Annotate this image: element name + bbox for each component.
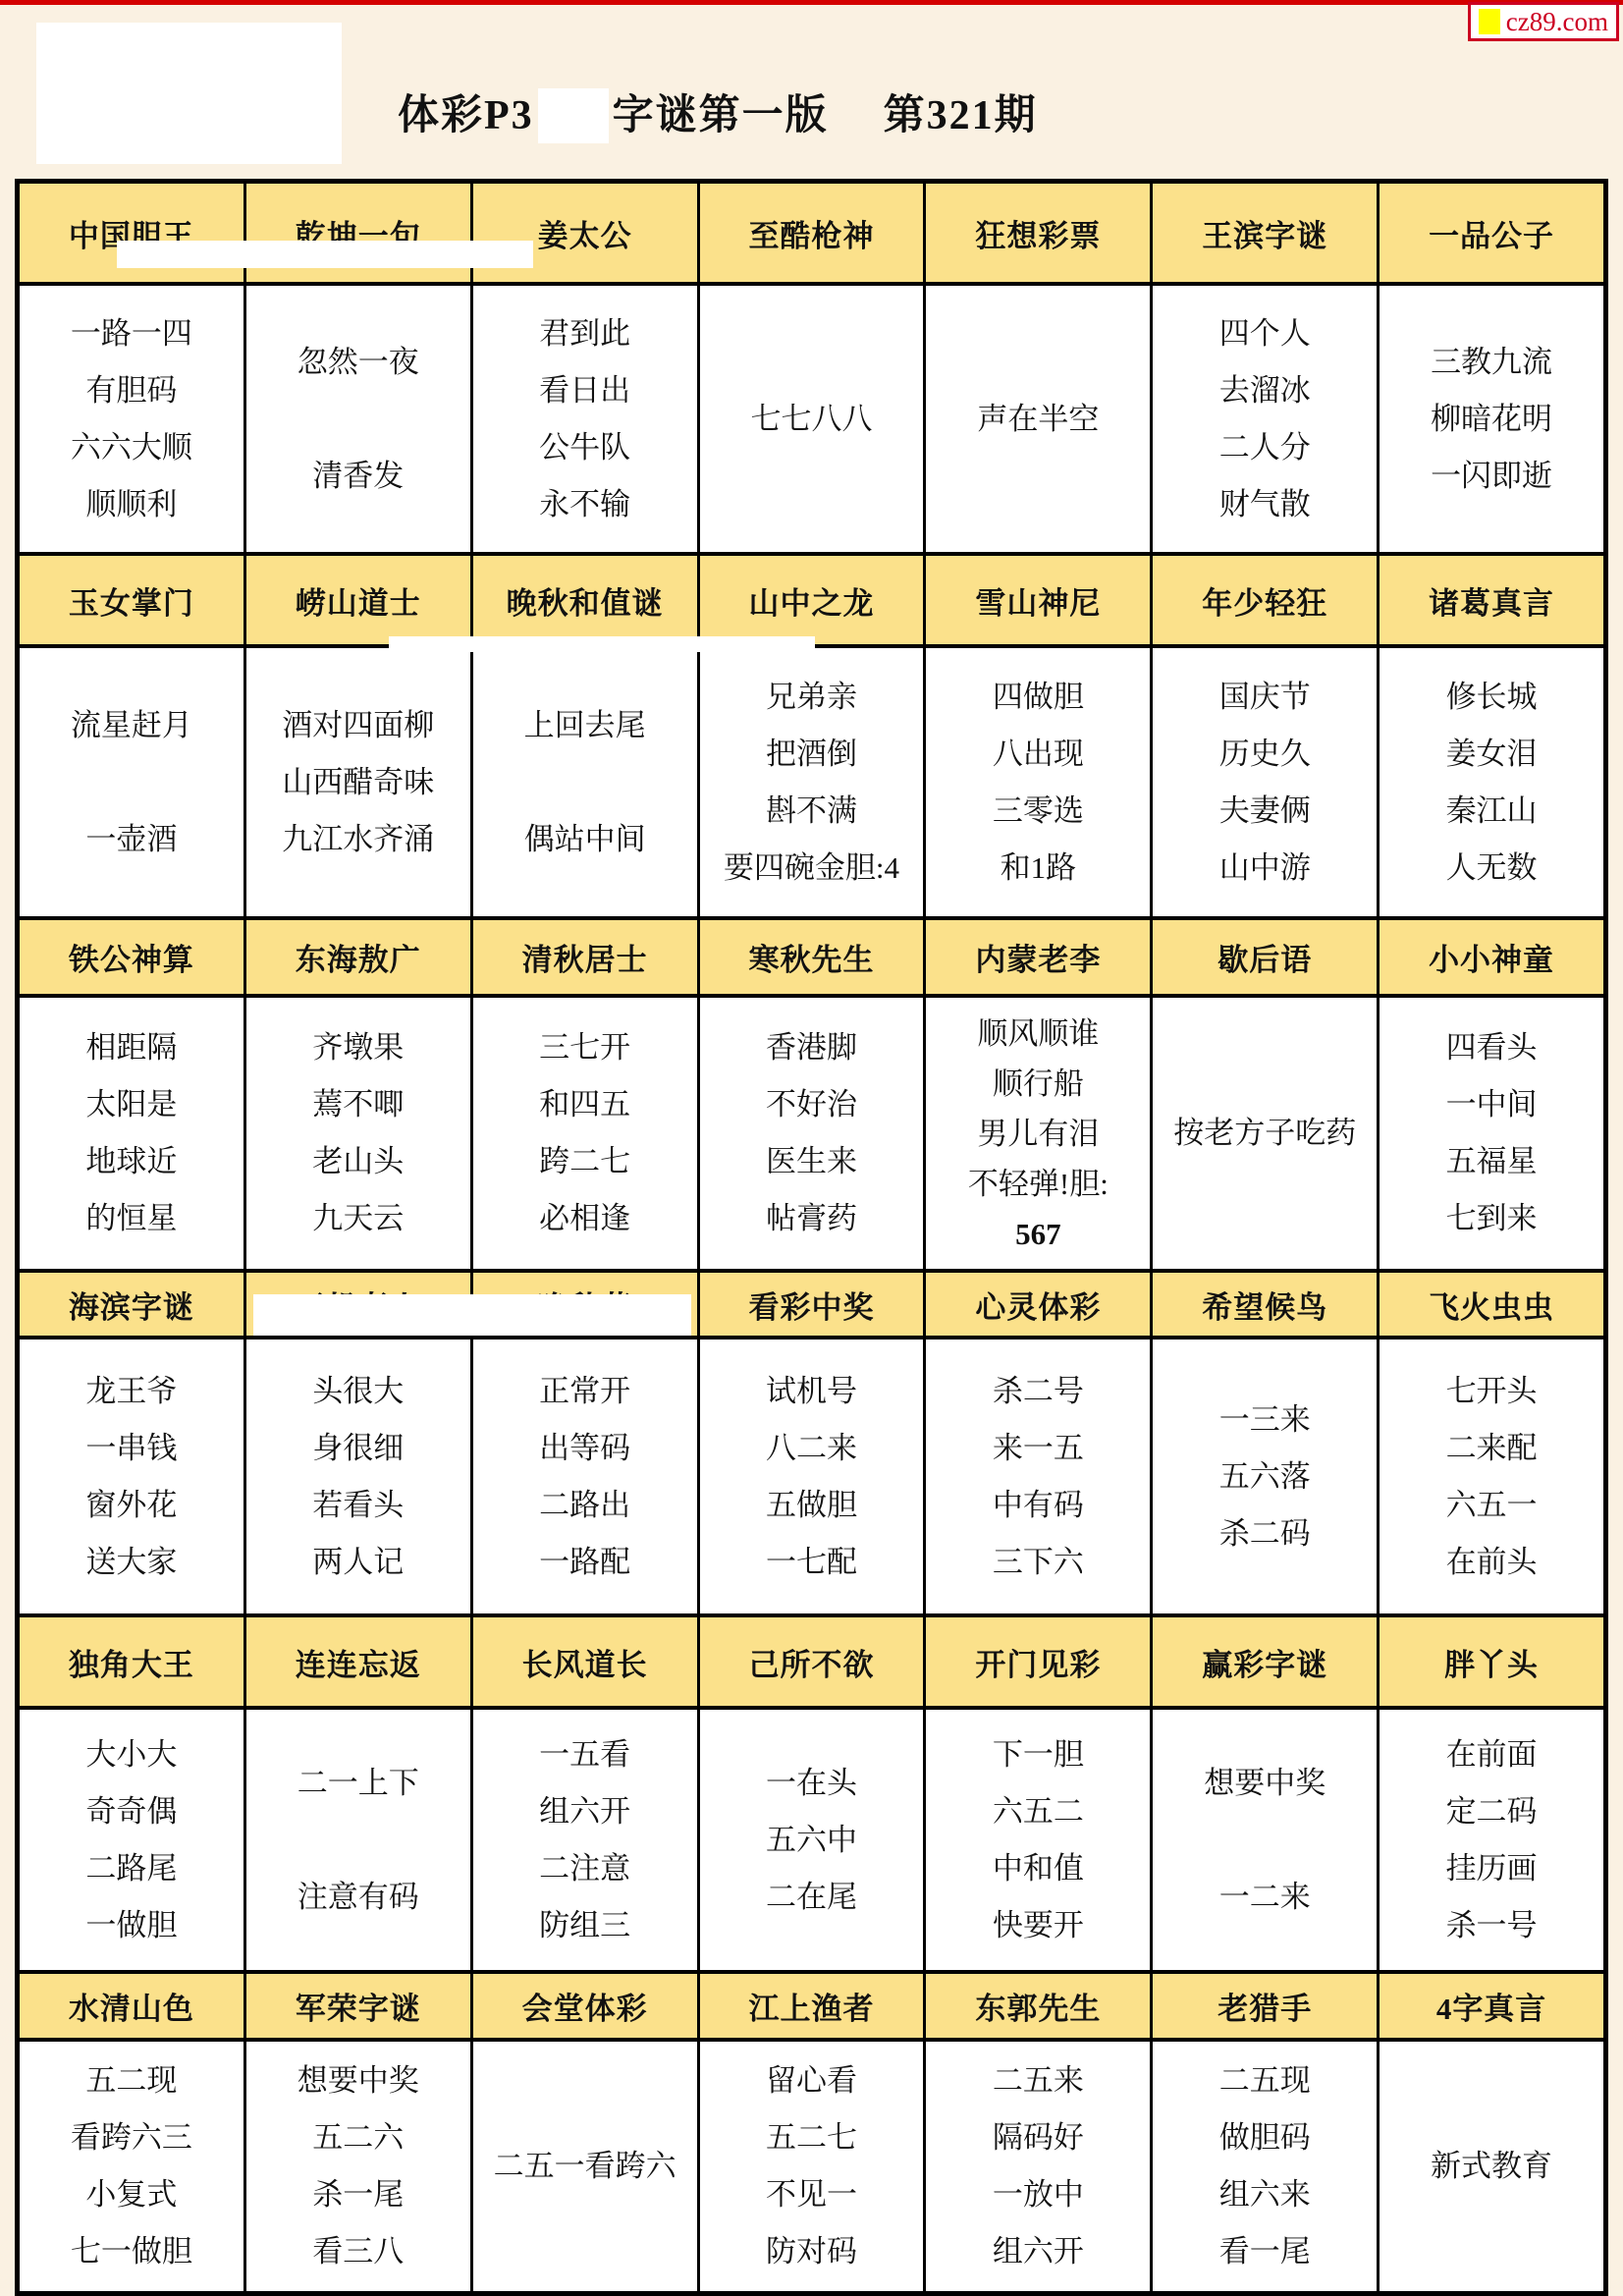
clue-line: 酒对四面柳 xyxy=(282,697,434,754)
title-part-3: 第321期 xyxy=(884,89,1038,142)
clue-line: 注意有码 xyxy=(298,1869,419,1926)
author-header: 老猎手 xyxy=(1153,1974,1377,2038)
author-header: 独角大王 xyxy=(20,1617,243,1706)
clue-line: 顺行船 xyxy=(993,1059,1084,1109)
clue-line: 一壶酒 xyxy=(85,811,177,868)
clue-cell: 二五一看跨六 xyxy=(473,2042,697,2291)
clue-line: 相距隔 xyxy=(85,1019,177,1076)
clue-line: 中和值 xyxy=(993,1840,1084,1897)
clue-cell: 上回去尾偶站中间 xyxy=(473,648,697,916)
clue-line: 来一五 xyxy=(993,1420,1084,1477)
clue-line: 防对码 xyxy=(766,2223,857,2280)
author-header: 小小神童 xyxy=(1380,920,1603,994)
clue-line: 想要中奖 xyxy=(1204,1755,1325,1812)
author-header: 看彩中奖 xyxy=(700,1273,924,1336)
clue-cell: 正常开出等码二路出一路配 xyxy=(473,1339,697,1613)
clue-line: 帖膏药 xyxy=(766,1190,857,1247)
clue-line: 去溜冰 xyxy=(1219,362,1311,419)
clue-line: 看一尾 xyxy=(1219,2223,1311,2280)
clue-line: 声在半空 xyxy=(977,391,1099,448)
clue-line: 一二来 xyxy=(1219,1869,1311,1926)
clue-line: 头很大 xyxy=(312,1363,404,1420)
clue-cell: 四个人去溜冰二人分财气散 xyxy=(1153,286,1377,552)
page-title: 体彩P3 字谜第一版 第321期 xyxy=(398,88,1038,143)
clue-line: 一五看 xyxy=(539,1726,630,1783)
clue-line: 医生来 xyxy=(766,1133,857,1190)
clue-line: 姜女泪 xyxy=(1446,726,1538,783)
clue-line: 六五二 xyxy=(993,1783,1084,1840)
author-header: 海滨字谜 xyxy=(20,1273,243,1336)
watermark-box: cz89.com xyxy=(1468,2,1619,41)
clue-line: 人无数 xyxy=(1446,840,1538,897)
clue-cell: 流星赶月一壶酒 xyxy=(20,648,243,916)
puzzle-table: 中国胆王乾坤一句姜太公至酷枪神狂想彩票王滨字谜一品公子一路一四有胆码六六大顺顺顺… xyxy=(15,179,1608,2296)
clue-line: 不轻弹!胆: xyxy=(968,1159,1109,1209)
author-header: 军荣字谜 xyxy=(246,1974,470,2038)
author-header: 江上渔者 xyxy=(700,1974,924,2038)
clue-line: 二五来 xyxy=(993,2052,1084,2109)
author-header: 飞火虫虫 xyxy=(1380,1273,1603,1336)
redaction-box-top-left xyxy=(36,23,342,164)
clue-line: 隔码好 xyxy=(993,2109,1084,2166)
clue-line: 上回去尾 xyxy=(524,697,646,754)
clue-line: 一做胆 xyxy=(85,1897,177,1954)
clue-line: 六六大顺 xyxy=(71,419,192,476)
clue-line: 杀一尾 xyxy=(312,2166,404,2223)
author-header: 会堂体彩 xyxy=(473,1974,697,2038)
clue-line: 七七八八 xyxy=(750,391,872,448)
clue-line: 地球近 xyxy=(85,1133,177,1190)
clue-line: 偶站中间 xyxy=(524,811,646,868)
clue-line: 留心看 xyxy=(766,2052,857,2109)
clue-line: 要四碗金胆:4 xyxy=(724,840,899,897)
clue-line: 定二码 xyxy=(1446,1783,1538,1840)
clue-cell: 七开头二来配六五一在前头 xyxy=(1380,1339,1603,1613)
clue-line: 五做胆 xyxy=(766,1477,857,1534)
clue-line: 顺风顺谁 xyxy=(977,1009,1099,1059)
clue-line: 一三来 xyxy=(1219,1392,1311,1449)
clue-line: 夫妻俩 xyxy=(1219,783,1311,840)
clue-line: 杀一号 xyxy=(1446,1897,1538,1954)
clue-line: 柳暗花明 xyxy=(1431,391,1552,448)
clue-cell: 杀二号来一五中有码三下六 xyxy=(926,1339,1150,1613)
clue-line: 君到此 xyxy=(539,305,630,362)
clue-line: 看跨六三 xyxy=(71,2109,192,2166)
author-header: 晚秋和值谜 xyxy=(473,556,697,644)
clue-line: 不见一 xyxy=(766,2166,857,2223)
clue-line: 六五一 xyxy=(1446,1477,1538,1534)
author-header: 诸葛真言 xyxy=(1380,556,1603,644)
title-part-1: 体彩P3 xyxy=(398,89,534,142)
clue-cell: 香港脚不好治医生来帖膏药 xyxy=(700,998,924,1269)
clue-line: 做胆码 xyxy=(1219,2109,1311,2166)
author-header: 水清山色 xyxy=(20,1974,243,2038)
clue-line: 不好治 xyxy=(766,1076,857,1133)
author-header: 雪山神尼 xyxy=(926,556,1150,644)
clue-line: 忽然一夜 xyxy=(298,334,419,391)
clue-cell: 下一胆六五二中和值快要开 xyxy=(926,1710,1150,1970)
clue-line: 九江水齐涌 xyxy=(282,811,434,868)
clue-line: 看三八 xyxy=(312,2223,404,2280)
clue-cell: 四看头一中间五福星七到来 xyxy=(1380,998,1603,1269)
clue-cell: 酒对四面柳山西醋奇味九江水齐涌 xyxy=(246,648,470,916)
clue-line: 和1路 xyxy=(1001,840,1077,897)
clue-line: 一串钱 xyxy=(85,1420,177,1477)
clue-line: 七到来 xyxy=(1446,1190,1538,1247)
clue-line: 男儿有泪 xyxy=(977,1109,1099,1159)
clue-line: 看日出 xyxy=(539,362,630,419)
clue-line: 若看头 xyxy=(312,1477,404,1534)
clue-cell: 相距隔太阳是地球近的恒星 xyxy=(20,998,243,1269)
clue-cell: 忽然一夜清香发 xyxy=(246,286,470,552)
clue-line: 和四五 xyxy=(539,1076,630,1133)
clue-line: 三七开 xyxy=(539,1019,630,1076)
clue-cell: 一五看组六开二注意防组三 xyxy=(473,1710,697,1970)
clue-cell: 二五现做胆码组六来看一尾 xyxy=(1153,2042,1377,2291)
clue-line: 山中游 xyxy=(1219,840,1311,897)
clue-line: 五福星 xyxy=(1446,1133,1538,1190)
author-header: 狂想彩票 xyxy=(926,184,1150,282)
clue-line: 三教九流 xyxy=(1431,334,1552,391)
clue-line: 一路配 xyxy=(539,1534,630,1591)
clue-line: 在前头 xyxy=(1446,1534,1538,1591)
clue-cell: 修长城姜女泪秦江山人无数 xyxy=(1380,648,1603,916)
author-header: 铁公神算 xyxy=(20,920,243,994)
clue-cell: 想要中奖五二六杀一尾看三八 xyxy=(246,2042,470,2291)
clue-line: 的恒星 xyxy=(85,1190,177,1247)
clue-cell: 按老方子吃药 xyxy=(1153,998,1377,1269)
author-header: 歇后语 xyxy=(1153,920,1377,994)
clue-line: 蔫不唧 xyxy=(312,1076,404,1133)
author-header: 希望候鸟 xyxy=(1153,1273,1377,1336)
redaction-box-row1-headers xyxy=(117,241,533,268)
clue-line: 财气散 xyxy=(1219,476,1311,533)
author-header: 己所不欲 xyxy=(700,1617,924,1706)
clue-line: 窗外花 xyxy=(85,1477,177,1534)
author-header: 山中之龙 xyxy=(700,556,924,644)
clue-line: 防组三 xyxy=(539,1897,630,1954)
clue-line: 二路出 xyxy=(539,1477,630,1534)
clue-line: 二五一看跨六 xyxy=(494,2138,676,2195)
clue-line: 三零选 xyxy=(993,783,1084,840)
clue-line: 斟不满 xyxy=(766,783,857,840)
clue-line: 按老方子吃药 xyxy=(1173,1105,1356,1162)
author-header: 至酷枪神 xyxy=(700,184,924,282)
clue-cell: 大小大奇奇偶二路尾一做胆 xyxy=(20,1710,243,1970)
author-header: 清秋居士 xyxy=(473,920,697,994)
clue-line: 二注意 xyxy=(539,1840,630,1897)
clue-line: 二在尾 xyxy=(766,1869,857,1926)
clue-line: 五二现 xyxy=(85,2052,177,2109)
clue-line: 龙王爷 xyxy=(85,1363,177,1420)
redaction-box-row4-headers xyxy=(253,1294,691,1336)
clue-line: 顺顺利 xyxy=(85,476,177,533)
clue-cell: 七七八八 xyxy=(700,286,924,552)
author-header: 赢彩字谜 xyxy=(1153,1617,1377,1706)
clue-line: 五六中 xyxy=(766,1812,857,1869)
author-header: 东郭先生 xyxy=(926,1974,1150,2038)
clue-line: 太阳是 xyxy=(85,1076,177,1133)
clue-line: 七一做胆 xyxy=(71,2223,192,2280)
clue-line: 杀二码 xyxy=(1219,1505,1311,1562)
clue-line: 历史久 xyxy=(1219,726,1311,783)
clue-cell: 一路一四有胆码六六大顺顺顺利 xyxy=(20,286,243,552)
clue-line: 新式教育 xyxy=(1431,2138,1552,2195)
title-whiteout-box xyxy=(538,88,609,143)
clue-cell: 头很大身很细若看头两人记 xyxy=(246,1339,470,1613)
clue-line: 身很细 xyxy=(312,1420,404,1477)
clue-line: 八出现 xyxy=(993,726,1084,783)
clue-line: 二一上下 xyxy=(298,1755,419,1812)
clue-cell: 三七开和四五跨二七必相逢 xyxy=(473,998,697,1269)
clue-line: 在前面 xyxy=(1446,1726,1538,1783)
author-header: 开门见彩 xyxy=(926,1617,1150,1706)
clue-line: 把酒倒 xyxy=(766,726,857,783)
clue-line: 下一胆 xyxy=(993,1726,1084,1783)
clue-line: 二来配 xyxy=(1446,1420,1538,1477)
clue-line: 齐墩果 xyxy=(312,1019,404,1076)
title-part-2: 字谜第一版 xyxy=(613,89,829,142)
clue-line: 567 xyxy=(1015,1209,1061,1259)
clue-cell: 想要中奖一二来 xyxy=(1153,1710,1377,1970)
clue-cell: 齐墩果蔫不唧老山头九天云 xyxy=(246,998,470,1269)
clue-cell: 顺风顺谁顺行船男儿有泪不轻弹!胆:567 xyxy=(926,998,1150,1269)
clue-cell: 国庆节历史久夫妻俩山中游 xyxy=(1153,648,1377,916)
clue-cell: 一三来五六落杀二码 xyxy=(1153,1339,1377,1613)
clue-line: 跨二七 xyxy=(539,1133,630,1190)
author-header: 王滨字谜 xyxy=(1153,184,1377,282)
clue-cell: 新式教育 xyxy=(1380,2042,1603,2291)
clue-line: 有胆码 xyxy=(85,362,177,419)
clue-line: 大小大 xyxy=(85,1726,177,1783)
lottery-riddle-sheet: cz89.com 体彩P3 字谜第一版 第321期 中国胆王乾坤一句姜太公至酷枪… xyxy=(0,0,1623,2296)
clue-line: 四个人 xyxy=(1219,305,1311,362)
clue-line: 流星赶月 xyxy=(71,697,192,754)
clue-line: 八二来 xyxy=(766,1420,857,1477)
clue-line: 秦江山 xyxy=(1446,783,1538,840)
clue-line: 奇奇偶 xyxy=(85,1783,177,1840)
redaction-box-row2-strip xyxy=(389,636,815,652)
clue-line: 修长城 xyxy=(1446,669,1538,726)
clue-line: 组六开 xyxy=(539,1783,630,1840)
clue-line: 国庆节 xyxy=(1219,669,1311,726)
author-header: 4字真言 xyxy=(1380,1974,1603,2038)
clue-cell: 声在半空 xyxy=(926,286,1150,552)
clue-line: 杀二号 xyxy=(993,1363,1084,1420)
clue-line: 二路尾 xyxy=(85,1840,177,1897)
clue-cell: 四做胆八出现三零选和1路 xyxy=(926,648,1150,916)
clue-line: 公牛队 xyxy=(539,419,630,476)
author-header: 玉女掌门 xyxy=(20,556,243,644)
clue-line: 香港脚 xyxy=(766,1019,857,1076)
clue-cell: 二五来隔码好一放中组六开 xyxy=(926,2042,1150,2291)
clue-line: 五二七 xyxy=(766,2109,857,2166)
clue-line: 出等码 xyxy=(539,1420,630,1477)
clue-line: 一闪即逝 xyxy=(1431,448,1552,505)
clue-cell: 二一上下注意有码 xyxy=(246,1710,470,1970)
clue-cell: 龙王爷一串钱窗外花送大家 xyxy=(20,1339,243,1613)
author-header: 一品公子 xyxy=(1380,184,1603,282)
author-header: 东海敖广 xyxy=(246,920,470,994)
clue-line: 试机号 xyxy=(766,1363,857,1420)
clue-line: 小复式 xyxy=(85,2166,177,2223)
clue-cell: 君到此看日出公牛队永不输 xyxy=(473,286,697,552)
clue-cell: 留心看五二七不见一防对码 xyxy=(700,2042,924,2291)
clue-line: 组六来 xyxy=(1219,2166,1311,2223)
clue-line: 一七配 xyxy=(766,1534,857,1591)
watermark-text: cz89.com xyxy=(1506,5,1608,38)
clue-line: 兄弟亲 xyxy=(766,669,857,726)
clue-line: 四做胆 xyxy=(993,669,1084,726)
author-header: 年少轻狂 xyxy=(1153,556,1377,644)
watermark-bullet-icon xyxy=(1479,9,1500,34)
clue-line: 一路一四 xyxy=(71,305,192,362)
clue-line: 一放中 xyxy=(993,2166,1084,2223)
clue-line: 三下六 xyxy=(993,1534,1084,1591)
author-header: 长风道长 xyxy=(473,1617,697,1706)
clue-cell: 一在头五六中二在尾 xyxy=(700,1710,924,1970)
clue-line: 五六落 xyxy=(1219,1449,1311,1505)
clue-line: 想要中奖 xyxy=(298,2052,419,2109)
clue-line: 山西醋奇味 xyxy=(282,754,434,811)
author-header: 崂山道士 xyxy=(246,556,470,644)
clue-line: 老山头 xyxy=(312,1133,404,1190)
author-header: 心灵体彩 xyxy=(926,1273,1150,1336)
clue-line: 清香发 xyxy=(312,448,404,505)
clue-line: 二五现 xyxy=(1219,2052,1311,2109)
clue-line: 永不输 xyxy=(539,476,630,533)
author-header: 胖丫头 xyxy=(1380,1617,1603,1706)
clue-line: 正常开 xyxy=(539,1363,630,1420)
clue-line: 四看头 xyxy=(1446,1019,1538,1076)
clue-cell: 在前面定二码挂历画杀一号 xyxy=(1380,1710,1603,1970)
clue-line: 中有码 xyxy=(993,1477,1084,1534)
clue-cell: 兄弟亲把酒倒斟不满要四碗金胆:4 xyxy=(700,648,924,916)
clue-line: 九天云 xyxy=(312,1190,404,1247)
author-header: 寒秋先生 xyxy=(700,920,924,994)
clue-line: 二人分 xyxy=(1219,419,1311,476)
clue-line: 两人记 xyxy=(312,1534,404,1591)
clue-line: 七开头 xyxy=(1446,1363,1538,1420)
clue-line: 送大家 xyxy=(85,1534,177,1591)
author-header: 连连忘返 xyxy=(246,1617,470,1706)
author-header: 内蒙老李 xyxy=(926,920,1150,994)
clue-cell: 三教九流柳暗花明一闪即逝 xyxy=(1380,286,1603,552)
clue-cell: 五二现看跨六三小复式七一做胆 xyxy=(20,2042,243,2291)
clue-line: 五二六 xyxy=(312,2109,404,2166)
clue-line: 必相逢 xyxy=(539,1190,630,1247)
clue-line: 一中间 xyxy=(1446,1076,1538,1133)
clue-line: 组六开 xyxy=(993,2223,1084,2280)
top-red-border xyxy=(0,0,1623,5)
clue-line: 挂历画 xyxy=(1446,1840,1538,1897)
clue-cell: 试机号八二来五做胆一七配 xyxy=(700,1339,924,1613)
clue-line: 一在头 xyxy=(766,1755,857,1812)
clue-line: 快要开 xyxy=(993,1897,1084,1954)
